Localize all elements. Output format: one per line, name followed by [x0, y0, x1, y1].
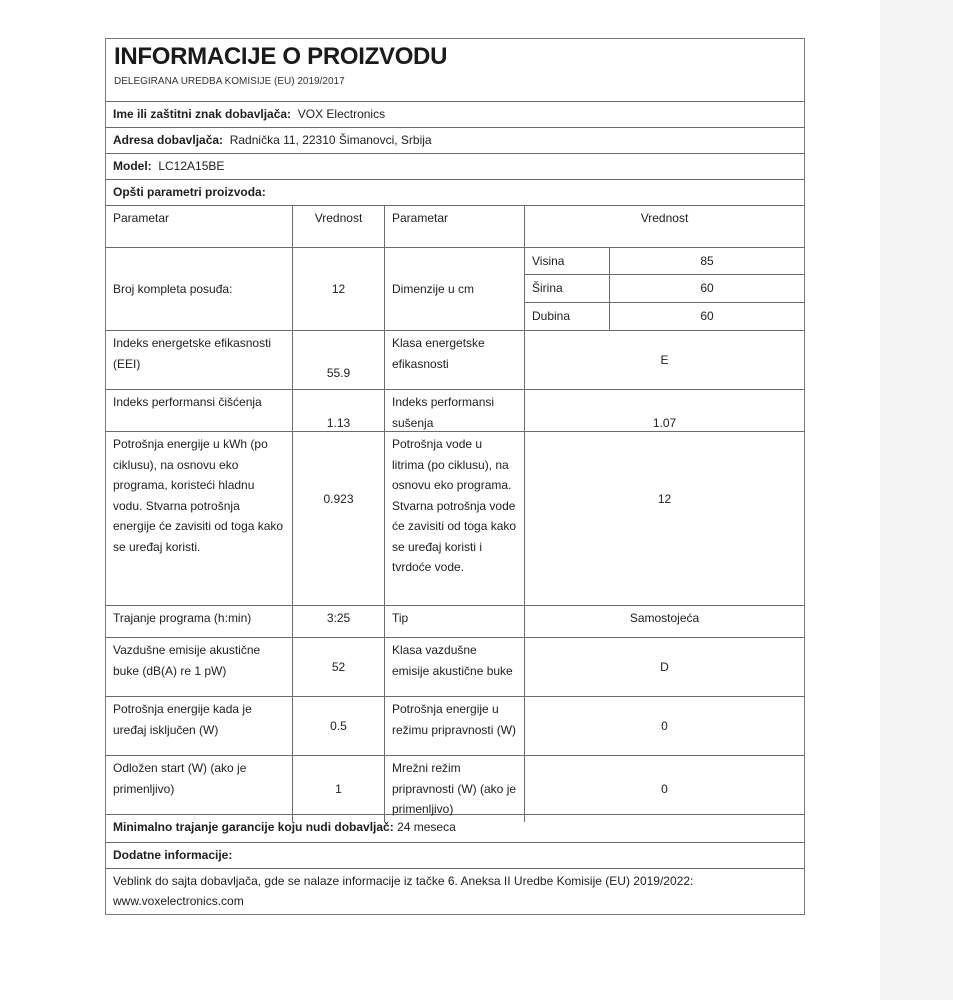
model-value: LC12A15BE — [158, 159, 224, 173]
header-parametar-1: Parametar — [106, 206, 293, 247]
weblink-text: Veblink do sajta dobavljača, gde se nala… — [113, 874, 693, 888]
dimension-height: Visina 85 — [525, 248, 804, 275]
title-block: INFORMACIJE O PROIZVODU DELEGIRANA UREDB… — [106, 39, 804, 102]
param-value: E — [525, 331, 804, 389]
place-settings-value: 12 — [293, 248, 385, 330]
address-label: Adresa dobavljača: — [113, 133, 223, 147]
param-value: 1 — [293, 756, 385, 822]
dimension-name: Dubina — [525, 303, 609, 330]
place-settings-label: Broj kompleta posuđa: — [106, 248, 293, 330]
regulation-subtitle: DELEGIRANA UREDBA KOMISIJE (EU) 2019/201… — [114, 75, 796, 89]
param-value: D — [525, 638, 804, 696]
param-value: 1.13 — [293, 390, 385, 435]
dimensions-label: Dimenzije u cm — [385, 248, 525, 330]
param-value: 0 — [525, 697, 804, 755]
warranty-value: 24 meseca — [397, 820, 456, 834]
param-value: 0.923 — [293, 432, 385, 605]
param-value: 52 — [293, 638, 385, 696]
param-label: Odložen start (W) (ako je primenljivo) — [106, 756, 293, 822]
table-row: Potrošnja energije u kWh (po ciklusu), n… — [106, 432, 804, 606]
param-label: Indeks energetske efikasnosti (EEI) — [106, 331, 293, 389]
weblink-url[interactable]: www.voxelectronics.com — [113, 894, 244, 908]
param-value: 1.07 — [525, 390, 804, 435]
dimensions-subtable: Visina 85 Širina 60 Dubina 60 — [525, 248, 804, 330]
general-params-label: Opšti parametri proizvoda: — [113, 185, 266, 199]
param-value: Samostojeća — [525, 606, 804, 637]
header-vrednost-1: Vrednost — [293, 206, 385, 247]
param-value: 0.5 — [293, 697, 385, 755]
additional-info-row: Dodatne informacije: — [106, 843, 804, 869]
supplier-value: VOX Electronics — [298, 107, 385, 121]
param-label: Tip — [385, 606, 525, 637]
address-row: Adresa dobavljača: Radnička 11, 22310 Ši… — [106, 128, 804, 154]
header-vrednost-2: Vrednost — [525, 206, 804, 247]
dimension-value: 60 — [609, 275, 804, 301]
param-label: Potrošnja vode u litrima (po ciklusu), n… — [385, 432, 525, 605]
supplier-row: Ime ili zaštitni znak dobavljača: VOX El… — [106, 102, 804, 128]
param-label: Indeks performansi sušenja — [385, 390, 525, 435]
param-label: Mrežni režim pripravnosti (W) (ako je pr… — [385, 756, 525, 822]
header-parametar-2: Parametar — [385, 206, 525, 247]
param-label: Trajanje programa (h:min) — [106, 606, 293, 637]
table-row: Broj kompleta posuđa: 12 Dimenzije u cm … — [106, 248, 804, 331]
param-label: Potrošnja energije u režimu pripravnosti… — [385, 697, 525, 755]
param-value: 3:25 — [293, 606, 385, 637]
table-row: Indeks energetske efikasnosti (EEI) 55.9… — [106, 331, 804, 390]
param-label: Potrošnja energije u kWh (po ciklusu), n… — [106, 432, 293, 605]
table-row: Odložen start (W) (ako je primenljivo) 1… — [106, 756, 804, 815]
general-params-row: Opšti parametri proizvoda: — [106, 180, 804, 206]
weblink-row: Veblink do sajta dobavljača, gde se nala… — [106, 869, 804, 914]
param-value: 55.9 — [293, 331, 385, 389]
dimension-value: 85 — [609, 248, 804, 274]
param-label: Klasa energetske efikasnosti — [385, 331, 525, 389]
param-value: 12 — [525, 432, 804, 605]
param-label: Potrošnja energije kada je uređaj isklju… — [106, 697, 293, 755]
dimension-name: Visina — [525, 248, 609, 274]
model-label: Model: — [113, 159, 152, 173]
dimension-value: 60 — [609, 303, 804, 330]
table-row: Trajanje programa (h:min) 3:25 Tip Samos… — [106, 606, 804, 638]
model-row: Model: LC12A15BE — [106, 154, 804, 180]
dimension-width: Širina 60 — [525, 275, 804, 302]
address-value: Radnička 11, 22310 Šimanovci, Srbija — [230, 133, 432, 147]
supplier-label: Ime ili zaštitni znak dobavljača: — [113, 107, 291, 121]
warranty-label: Minimalno trajanje garancije koju nudi d… — [113, 820, 394, 834]
dimension-depth: Dubina 60 — [525, 303, 804, 330]
table-row: Vazdušne emisije akustične buke (dB(A) r… — [106, 638, 804, 697]
param-label: Vazdušne emisije akustične buke (dB(A) r… — [106, 638, 293, 696]
dimension-name: Širina — [525, 275, 609, 301]
warranty-row: Minimalno trajanje garancije koju nudi d… — [106, 815, 804, 843]
page-title: INFORMACIJE O PROIZVODU — [114, 43, 796, 71]
table-row: Indeks performansi čišćenja 1.13 Indeks … — [106, 390, 804, 432]
table-row: Potrošnja energije kada je uređaj isklju… — [106, 697, 804, 756]
additional-info-label: Dodatne informacije: — [113, 848, 232, 862]
param-label: Indeks performansi čišćenja — [106, 390, 293, 435]
param-label: Klasa vazdušne emisije akustične buke — [385, 638, 525, 696]
param-value: 0 — [525, 756, 804, 822]
table-header: Parametar Vrednost Parametar Vrednost — [106, 206, 804, 248]
side-panel — [880, 0, 953, 1000]
product-info-sheet: INFORMACIJE O PROIZVODU DELEGIRANA UREDB… — [105, 38, 805, 915]
